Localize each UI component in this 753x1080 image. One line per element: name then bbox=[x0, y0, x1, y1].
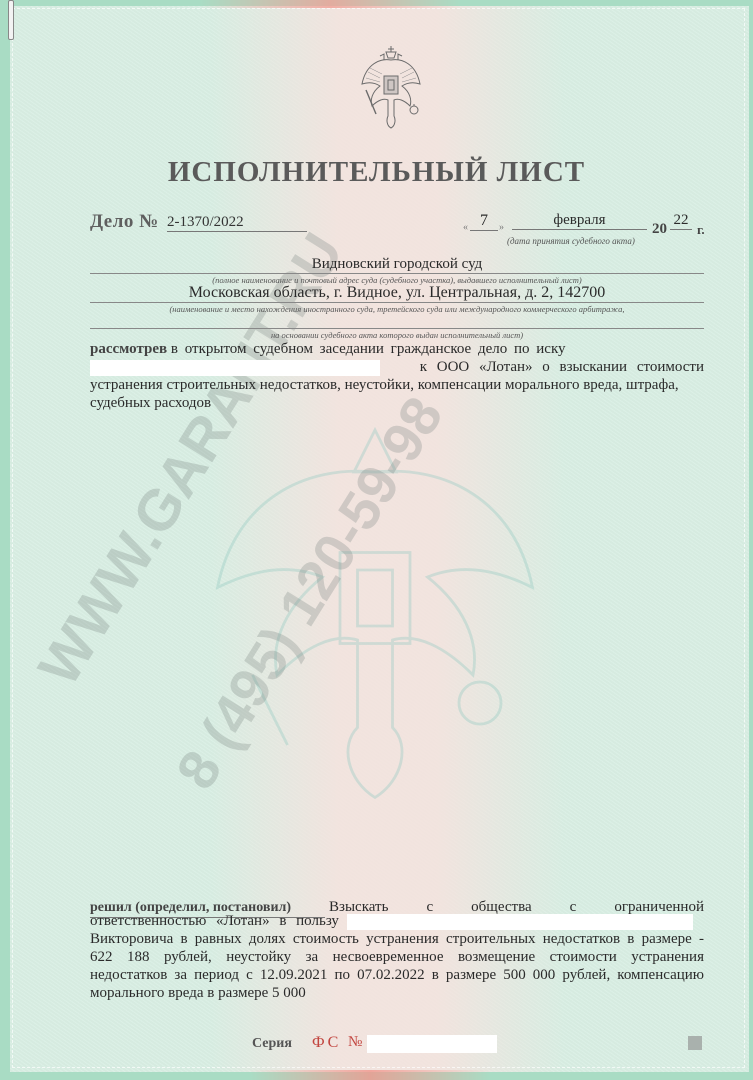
series-label: Серия bbox=[252, 1036, 292, 1052]
date-year-suffix: 22 bbox=[670, 212, 692, 230]
date-close-quote: » bbox=[499, 222, 504, 233]
redacted-series-number bbox=[367, 1035, 497, 1053]
court-basis-caption: на основании судебного акта которого выд… bbox=[90, 330, 704, 340]
considered-text-2: к ООО «Лотан» о взыскании стоимости bbox=[420, 359, 704, 375]
considered-line-2: к ООО «Лотан» о взыскании стоимости bbox=[90, 358, 704, 376]
considered-line-4: судебных расходов bbox=[90, 394, 704, 412]
corner-square-mark bbox=[688, 1036, 702, 1050]
series-number-sign: № bbox=[348, 1034, 362, 1051]
russian-coat-of-arms-icon bbox=[358, 44, 424, 130]
decision-line-3: Викторовича в равных долях стоимость уст… bbox=[90, 930, 704, 948]
considered-label: рассмотрев bbox=[90, 341, 167, 357]
decision-line-4: 622 188 рублей, неустойку за несвоевреме… bbox=[90, 948, 704, 966]
redacted-plaintiff-name-cont bbox=[90, 360, 380, 376]
court-name: Видновский городской суд bbox=[90, 255, 704, 274]
decision-line-2: ответственностью «Лотан» в пользу bbox=[90, 912, 704, 930]
court-address: Московская область, г. Видное, ул. Центр… bbox=[90, 284, 704, 303]
date-year-unit: г. bbox=[697, 222, 705, 238]
series-value: ФС bbox=[312, 1034, 341, 1052]
writ-of-execution-page: WWW.GARANT.RU 8 (495) 120-59-98 ИСПОЛНИТ… bbox=[0, 0, 753, 1080]
case-number: 2-1370/2022 bbox=[167, 214, 307, 232]
decision-text-2: ответственностью «Лотан» в пользу bbox=[90, 913, 339, 929]
date-month: февраля bbox=[512, 212, 647, 230]
date-caption: (дата принятия судебного акта) bbox=[507, 236, 635, 246]
redacted-beneficiary-name bbox=[347, 914, 693, 930]
document-title: ИСПОЛНИТЕЛЬНЫЙ ЛИСТ bbox=[0, 156, 753, 189]
top-pink-band bbox=[200, 0, 460, 8]
date-day: 7 bbox=[470, 212, 498, 231]
case-label: Дело № bbox=[90, 211, 159, 233]
decision-line-5: недостатков за период с 12.09.2021 по 07… bbox=[90, 966, 704, 984]
considered-line-3: устранения строительных недостатков, неу… bbox=[90, 376, 704, 394]
bottom-pink-band bbox=[250, 1070, 490, 1080]
considered-text-1: в открытом судебном заседании гражданско… bbox=[171, 341, 566, 357]
date-open-quote: « bbox=[463, 222, 468, 233]
court-extra-line bbox=[90, 310, 704, 329]
decision-line-6: морального вреда в размере 5 000 bbox=[90, 984, 704, 1002]
date-year-prefix: 20 bbox=[652, 221, 667, 238]
staple-icon bbox=[8, 0, 14, 40]
